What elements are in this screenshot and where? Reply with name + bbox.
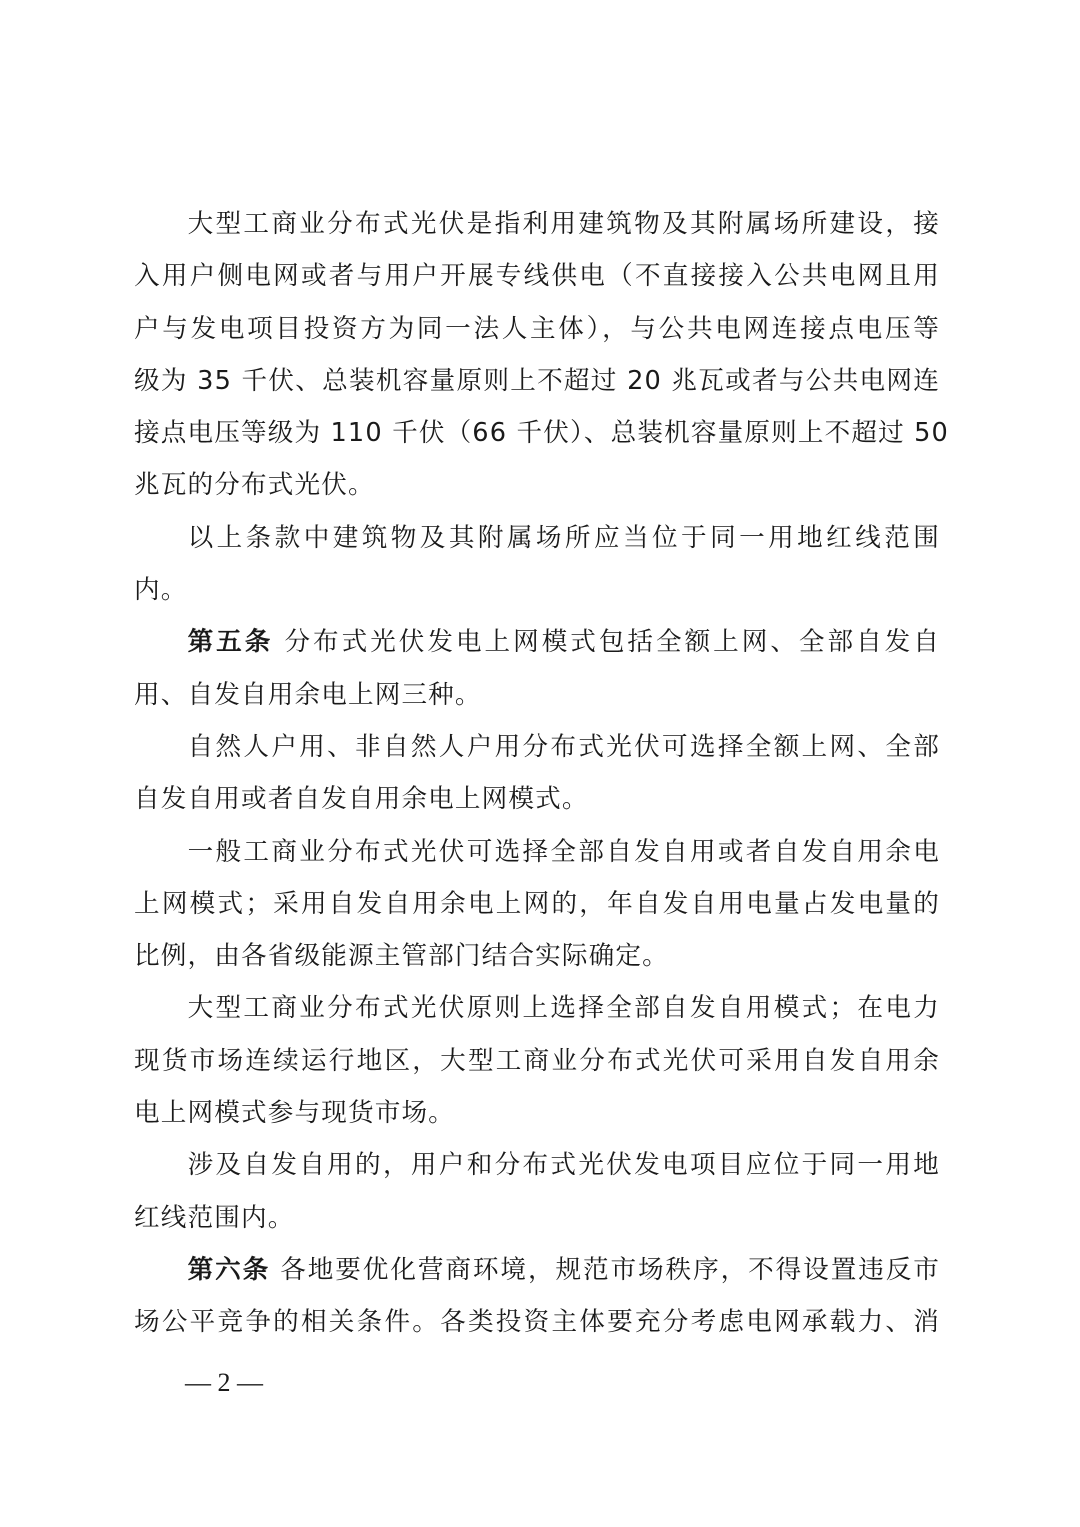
article-heading-line: 第五条 分布式光伏发电上网模式包括全额上网、全部自发自 [134, 616, 940, 668]
paragraph-line: 大型工商业分布式光伏原则上选择全部自发自用模式；在电力 [134, 982, 940, 1034]
paragraph-line: 内。 [134, 564, 940, 616]
paragraph-line: 自然人户用、非自然人户用分布式光伏可选择全额上网、全部 [134, 721, 940, 773]
article-number-6: 第六条 [188, 1255, 271, 1285]
article-heading-line: 第六条 各地要优化营商环境，规范市场秩序，不得设置违反市 [134, 1244, 940, 1296]
paragraph-line: 接点电压等级为 110 千伏（66 千伏）、总装机容量原则上不超过 50 [134, 407, 940, 459]
paragraph-line: 一般工商业分布式光伏可选择全部自发自用或者自发自用余电 [134, 826, 940, 878]
paragraph-line: 上网模式；采用自发自用余电上网的，年自发自用电量占发电量的 [134, 878, 940, 930]
paragraph-line: 用、自发自用余电上网三种。 [134, 669, 940, 721]
document-page: 大型工商业分布式光伏是指利用建筑物及其附属场所建设，接 入用户侧电网或者与用户开… [134, 198, 940, 1349]
paragraph-line: 以上条款中建筑物及其附属场所应当位于同一用地红线范围 [134, 512, 940, 564]
paragraph-line: 比例，由各省级能源主管部门结合实际确定。 [134, 930, 940, 982]
article-text: 各地要优化营商环境，规范市场秩序，不得设置违反市 [270, 1255, 940, 1285]
page-number: — 2 — [185, 1368, 263, 1398]
paragraph-line: 户与发电项目投资方为同一法人主体），与公共电网连接点电压等 [134, 303, 940, 355]
paragraph-line: 级为 35 千伏、总装机容量原则上不超过 20 兆瓦或者与公共电网连 [134, 355, 940, 407]
paragraph-line: 红线范围内。 [134, 1192, 940, 1244]
paragraph-line: 自发自用或者自发自用余电上网模式。 [134, 773, 940, 825]
article-text: 分布式光伏发电上网模式包括全额上网、全部自发自 [273, 627, 940, 657]
article-number-5: 第五条 [188, 627, 274, 657]
paragraph-line: 兆瓦的分布式光伏。 [134, 459, 940, 511]
paragraph-line: 入用户侧电网或者与用户开展专线供电（不直接接入公共电网且用 [134, 250, 940, 302]
paragraph-line: 电上网模式参与现货市场。 [134, 1087, 940, 1139]
paragraph-line: 现货市场连续运行地区，大型工商业分布式光伏可采用自发自用余 [134, 1035, 940, 1087]
paragraph-line: 大型工商业分布式光伏是指利用建筑物及其附属场所建设，接 [134, 198, 940, 250]
paragraph-line: 涉及自发自用的，用户和分布式光伏发电项目应位于同一用地 [134, 1139, 940, 1191]
paragraph-line: 场公平竞争的相关条件。各类投资主体要充分考虑电网承载力、消 [134, 1296, 940, 1348]
